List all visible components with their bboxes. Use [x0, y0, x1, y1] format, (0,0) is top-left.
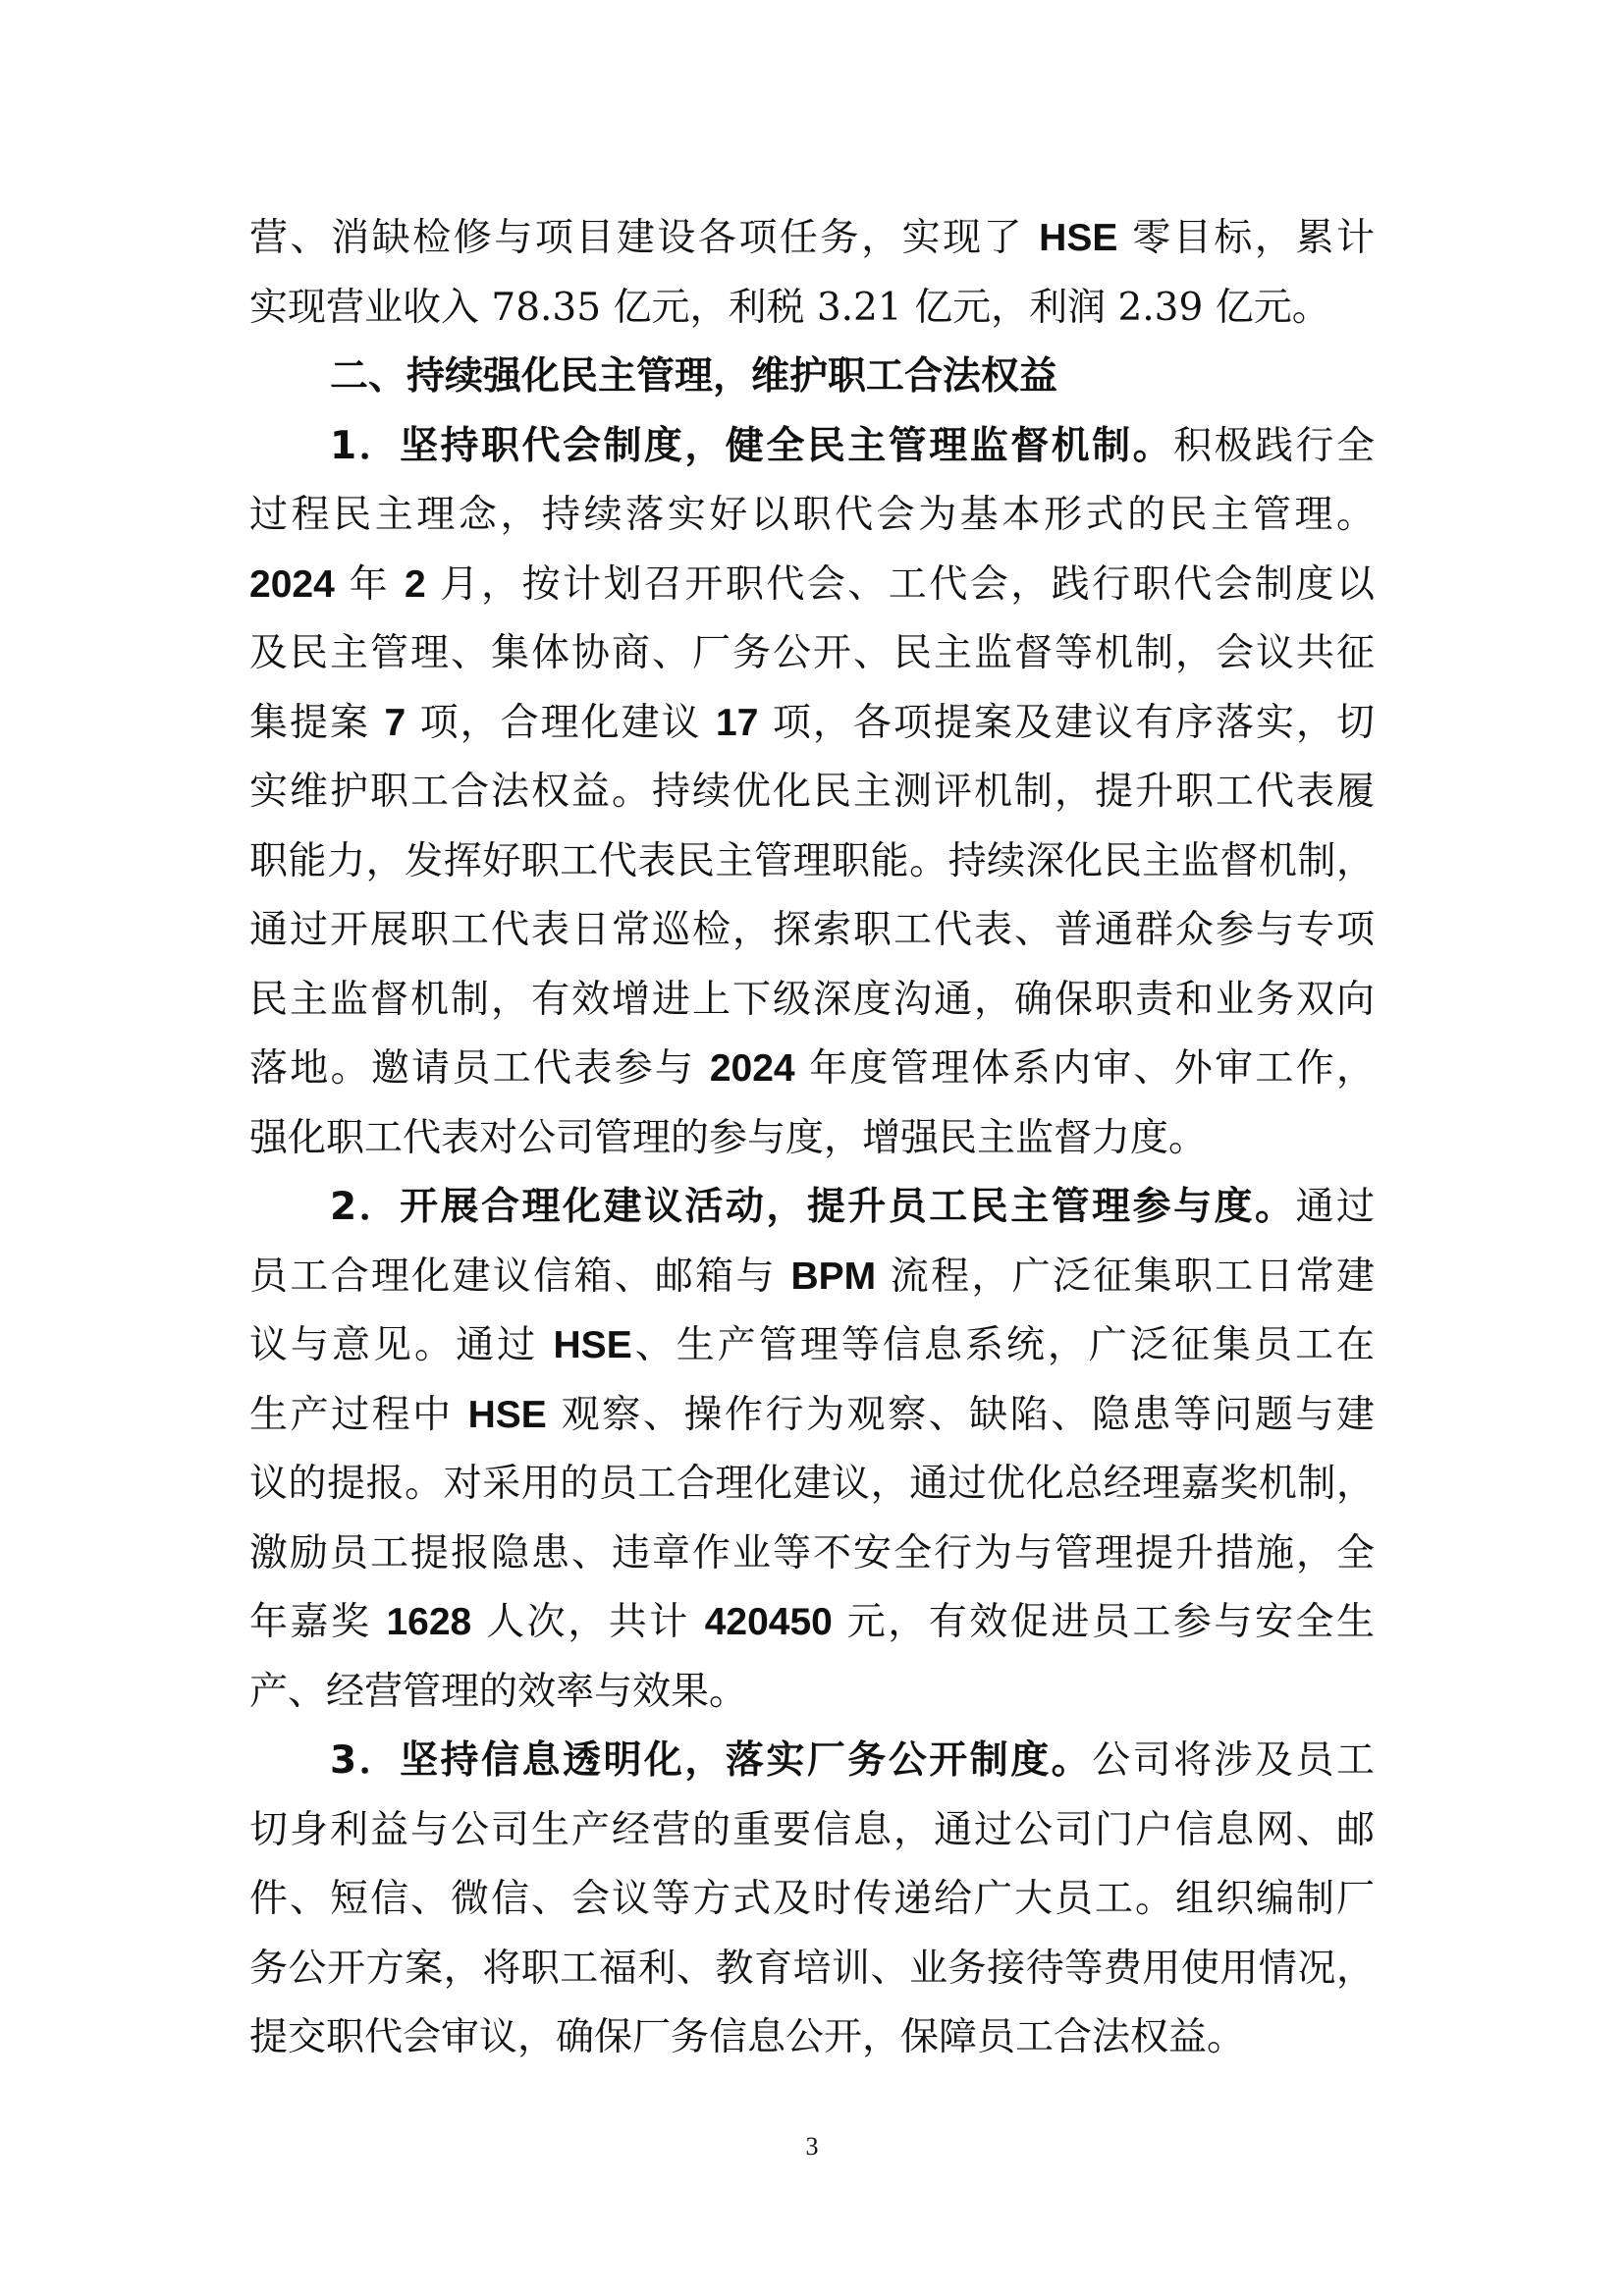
text-line: 激励员工提报隐患、违章作业等不安全行为与管理提升措施，全: [249, 1520, 1375, 1589]
text-run: 议与意见。通过: [249, 1323, 554, 1367]
text-run: 实维护职工合法权益。持续优化民主测评机制，提升职工代表履: [249, 770, 1375, 814]
text-line: 员工合理化建议信箱、邮箱与 BPM 流程，广泛征集职工日常建: [249, 1243, 1375, 1312]
text-run: 集提案: [249, 701, 384, 745]
text-line: 2．开展合理化建议活动，提升员工民主管理参与度。通过: [249, 1173, 1375, 1243]
text-line: 务公开方案，将职工福利、教育培训、业务接待等费用使用情况，: [249, 1935, 1375, 2004]
text-run: 通过: [1296, 1185, 1375, 1229]
text-run: 生产过程中: [249, 1393, 468, 1437]
text-line: 及民主管理、集体协商、厂务公开、民主监督等机制，会议共征: [249, 619, 1375, 689]
latin-bold-text: 2024: [249, 563, 335, 606]
latin-bold-text: BPM: [790, 1255, 876, 1298]
text-line: 提交职代会审议，确保厂务信息公开，保障员工合法权益。: [249, 2003, 1375, 2073]
latin-bold-text: 7: [384, 702, 406, 744]
text-run: 项，各项提案及建议有序落实，切: [758, 701, 1375, 745]
text-run: 强化职工代表对公司管理的参与度，增强民主监督力度。: [249, 1116, 1207, 1160]
text-run: 积极践行全: [1173, 424, 1375, 468]
text-line: 实维护职工合法权益。持续优化民主测评机制，提升职工代表履: [249, 758, 1375, 828]
text-run: 营、消缺检修与项目建设各项任务，实现了: [249, 216, 1039, 260]
text-run: 职能力，发挥好职工代表民主管理职能。持续深化民主监督机制，: [249, 839, 1375, 883]
latin-bold-text: HSE: [554, 1324, 632, 1366]
text-run: 产、经营管理的效率与效果。: [249, 1670, 747, 1714]
text-run: 、生产管理等信息系统，广泛征集员工在: [632, 1323, 1375, 1367]
text-line: 职能力，发挥好职工代表民主管理职能。持续深化民主监督机制，: [249, 828, 1375, 897]
text-line: 落地。邀请员工代表参与 2024 年度管理体系内审、外审工作，: [249, 1035, 1375, 1104]
text-line: 议的提报。对采用的员工合理化建议，通过优化总经理嘉奖机制，: [249, 1450, 1375, 1520]
text-run: 切身利益与公司生产经营的重要信息，通过公司门户信息网、邮: [249, 1808, 1375, 1852]
text-line: 1．坚持职代会制度，健全民主管理监督机制。积极践行全: [249, 412, 1375, 482]
text-line: 议与意见。通过 HSE、生产管理等信息系统，广泛征集员工在: [249, 1311, 1375, 1381]
latin-bold-text: 17: [716, 702, 758, 744]
text-run: 二、持续强化民主管理，维护职工合法权益: [330, 354, 1057, 399]
text-line: 3．坚持信息透明化，落实厂务公开制度。公司将涉及员工: [249, 1727, 1375, 1796]
text-run: 通过开展职工代表日常巡检，探索职工代表、普通群众参与专项: [249, 908, 1375, 952]
text-run: 年嘉奖: [249, 1600, 386, 1644]
text-line: 生产过程中 HSE 观察、操作行为观察、缺陷、隐患等问题与建: [249, 1381, 1375, 1451]
text-run: 议的提报。对采用的员工合理化建议，通过优化总经理嘉奖机制，: [249, 1462, 1375, 1506]
text-run: 公司将涉及员工: [1092, 1738, 1375, 1783]
section-heading: 二、持续强化民主管理，维护职工合法权益: [249, 343, 1375, 412]
subheading-text: 2．开展合理化建议活动，提升员工民主管理参与度。: [330, 1185, 1296, 1229]
text-line: 强化职工代表对公司管理的参与度，增强民主监督力度。: [249, 1104, 1375, 1174]
page-number: 3: [0, 2132, 1624, 2162]
text-run: 人次，共计: [471, 1600, 704, 1644]
document-page: 营、消缺检修与项目建设各项任务，实现了 HSE 零目标，累计实现营业收入 78.…: [0, 0, 1624, 2296]
text-run: 元，有效促进员工参与安全生: [833, 1600, 1375, 1644]
text-line: 切身利益与公司生产经营的重要信息，通过公司门户信息网、邮: [249, 1796, 1375, 1866]
text-run: 流程，广泛征集职工日常建: [876, 1255, 1375, 1299]
text-run: 及民主管理、集体协商、厂务公开、民主监督等机制，会议共征: [249, 631, 1375, 675]
latin-bold-text: 2024: [710, 1047, 795, 1090]
text-run: 员工合理化建议信箱、邮箱与: [249, 1255, 790, 1299]
text-line: 件、短信、微信、会议等方式及时传递给广大员工。组织编制厂: [249, 1865, 1375, 1935]
text-run: 激励员工提报隐患、违章作业等不安全行为与管理提升措施，全: [249, 1531, 1375, 1575]
text-line: 产、经营管理的效率与效果。: [249, 1658, 1375, 1728]
text-line: 过程民主理念，持续落实好以职代会为基本形式的民主管理。: [249, 481, 1375, 551]
text-run: 零目标，累计: [1117, 216, 1375, 260]
text-line: 实现营业收入 78.35 亿元，利税 3.21 亿元，利润 2.39 亿元。: [249, 274, 1375, 344]
text-line: 营、消缺检修与项目建设各项任务，实现了 HSE 零目标，累计: [249, 204, 1375, 274]
text-run: 年: [335, 562, 405, 607]
text-line: 民主监督机制，有效增进上下级深度沟通，确保职责和业务双向: [249, 966, 1375, 1036]
latin-bold-text: HSE: [468, 1394, 547, 1436]
text-run: 月，按计划召开职代会、工代会，践行职代会制度以: [426, 562, 1375, 607]
latin-bold-text: 1628: [386, 1601, 471, 1643]
latin-bold-text: 2: [405, 563, 426, 606]
text-line: 年嘉奖 1628 人次，共计 420450 元，有效促进员工参与安全生: [249, 1588, 1375, 1658]
text-run: 项，合理化建议: [406, 701, 716, 745]
text-run: 民主监督机制，有效增进上下级深度沟通，确保职责和业务双向: [249, 978, 1375, 1022]
text-run: 件、短信、微信、会议等方式及时传递给广大员工。组织编制厂: [249, 1877, 1375, 1921]
text-run: 务公开方案，将职工福利、教育培训、业务接待等费用使用情况，: [249, 1947, 1375, 1991]
text-run: 提交职代会审议，确保厂务信息公开，保障员工合法权益。: [249, 2015, 1245, 2059]
latin-bold-text: 420450: [705, 1601, 833, 1643]
latin-bold-text: HSE: [1039, 217, 1117, 259]
text-line: 2024 年 2 月，按计划召开职代会、工代会，践行职代会制度以: [249, 551, 1375, 620]
text-run: 实现营业收入 78.35 亿元，利税 3.21 亿元，利润 2.39 亿元。: [249, 286, 1330, 330]
text-run: 过程民主理念，持续落实好以职代会为基本形式的民主管理。: [249, 493, 1375, 537]
text-line: 集提案 7 项，合理化建议 17 项，各项提案及建议有序落实，切: [249, 689, 1375, 759]
text-run: 观察、操作行为观察、缺陷、隐患等问题与建: [547, 1393, 1375, 1437]
subheading-text: 3．坚持信息透明化，落实厂务公开制度。: [330, 1738, 1092, 1783]
text-run: 年度管理体系内审、外审工作，: [795, 1046, 1375, 1091]
text-run: 落地。邀请员工代表参与: [249, 1046, 710, 1091]
subheading-text: 1．坚持职代会制度，健全民主管理监督机制。: [330, 424, 1173, 468]
document-body: 营、消缺检修与项目建设各项任务，实现了 HSE 零目标，累计实现营业收入 78.…: [249, 204, 1375, 2073]
text-line: 通过开展职工代表日常巡检，探索职工代表、普通群众参与专项: [249, 896, 1375, 966]
